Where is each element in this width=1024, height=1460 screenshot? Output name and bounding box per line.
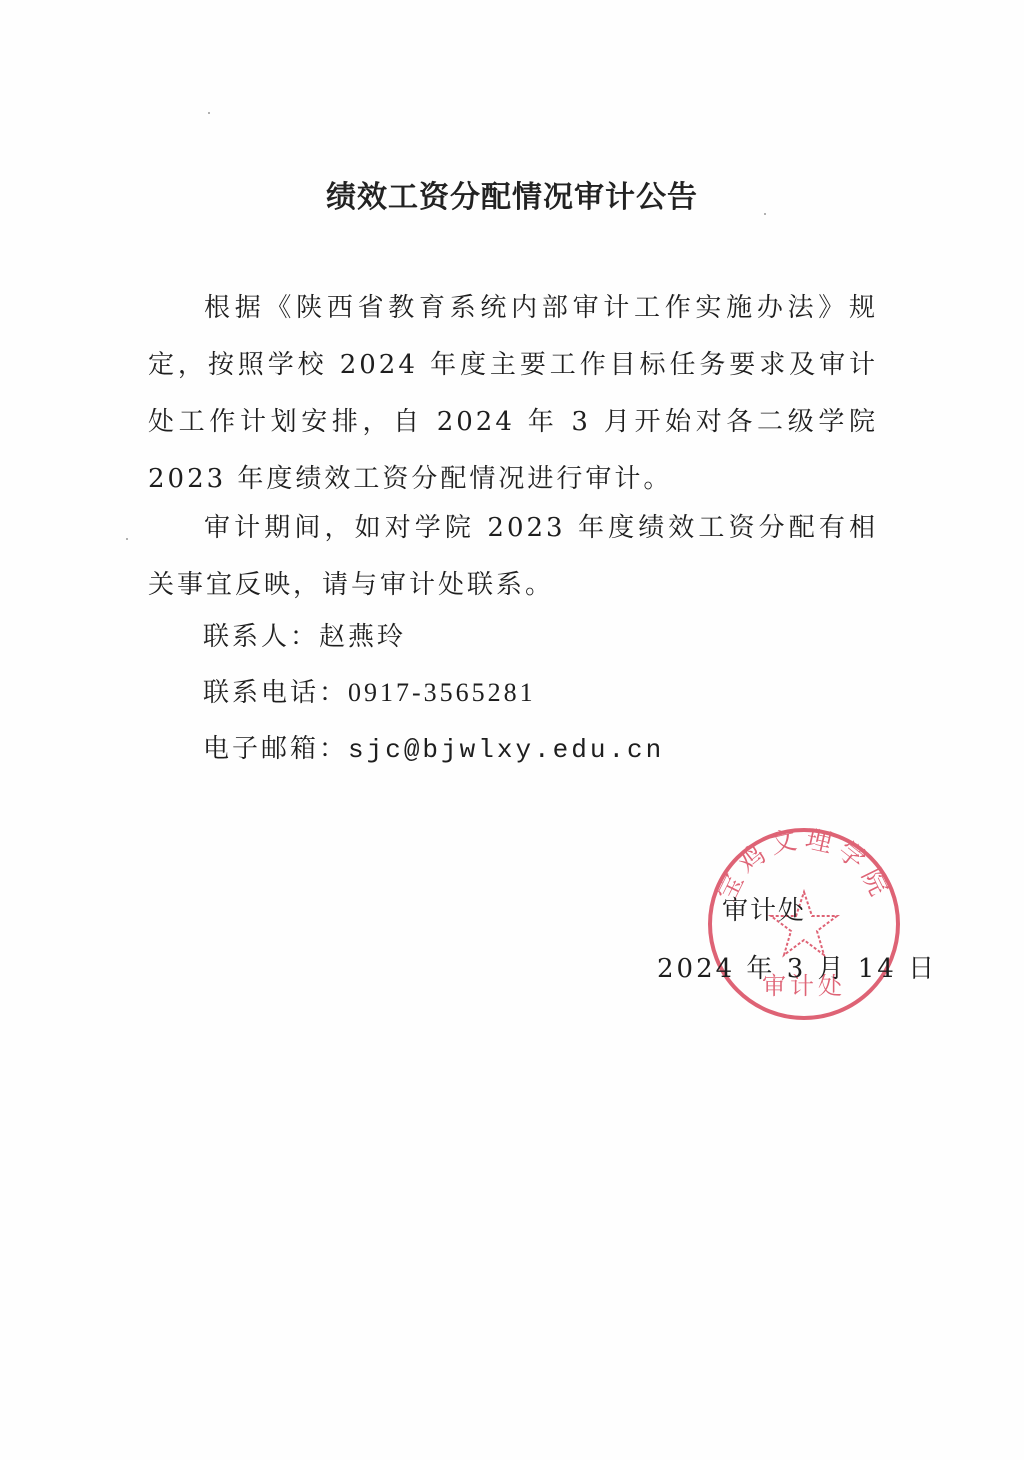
scan-speck [126, 538, 128, 540]
contact-phone-label: 联系电话： [203, 678, 348, 708]
paragraph-1: 根据《陕西省教育系统内部审计工作实施办法》规定，按照学校 2024 年度主要工作… [148, 280, 878, 508]
contact-email: 电子邮箱：sjc@bjwlxy.edu.cn [203, 728, 664, 765]
contact-person-name: 赵燕玲 [319, 622, 406, 652]
contact-person-label: 联系人： [203, 622, 319, 652]
signature-date: 2024 年 3 月 14 日 [657, 948, 937, 985]
paragraph-1-text: 根据《陕西省教育系统内部审计工作实施办法》规定，按照学校 2024 年度主要工作… [148, 280, 878, 508]
contact-phone-number: 0917-3565281 [348, 678, 536, 707]
contact-phone: 联系电话：0917-3565281 [203, 672, 536, 709]
paragraph-2-text: 审计期间，如对学院 2023 年度绩效工资分配有相关事宜反映，请与审计处联系。 [148, 500, 878, 614]
document-title: 绩效工资分配情况审计公告 [0, 172, 1024, 216]
signature-department: 审计处 [722, 890, 806, 927]
contact-email-address: sjc@bjwlxy.edu.cn [348, 735, 664, 765]
paragraph-2: 审计期间，如对学院 2023 年度绩效工资分配有相关事宜反映，请与审计处联系。 [148, 500, 878, 614]
scan-speck [208, 112, 210, 114]
document-page: 绩效工资分配情况审计公告 根据《陕西省教育系统内部审计工作实施办法》规定，按照学… [0, 0, 1024, 1460]
contact-email-label: 电子邮箱： [203, 734, 348, 764]
contact-person: 联系人：赵燕玲 [203, 616, 406, 653]
